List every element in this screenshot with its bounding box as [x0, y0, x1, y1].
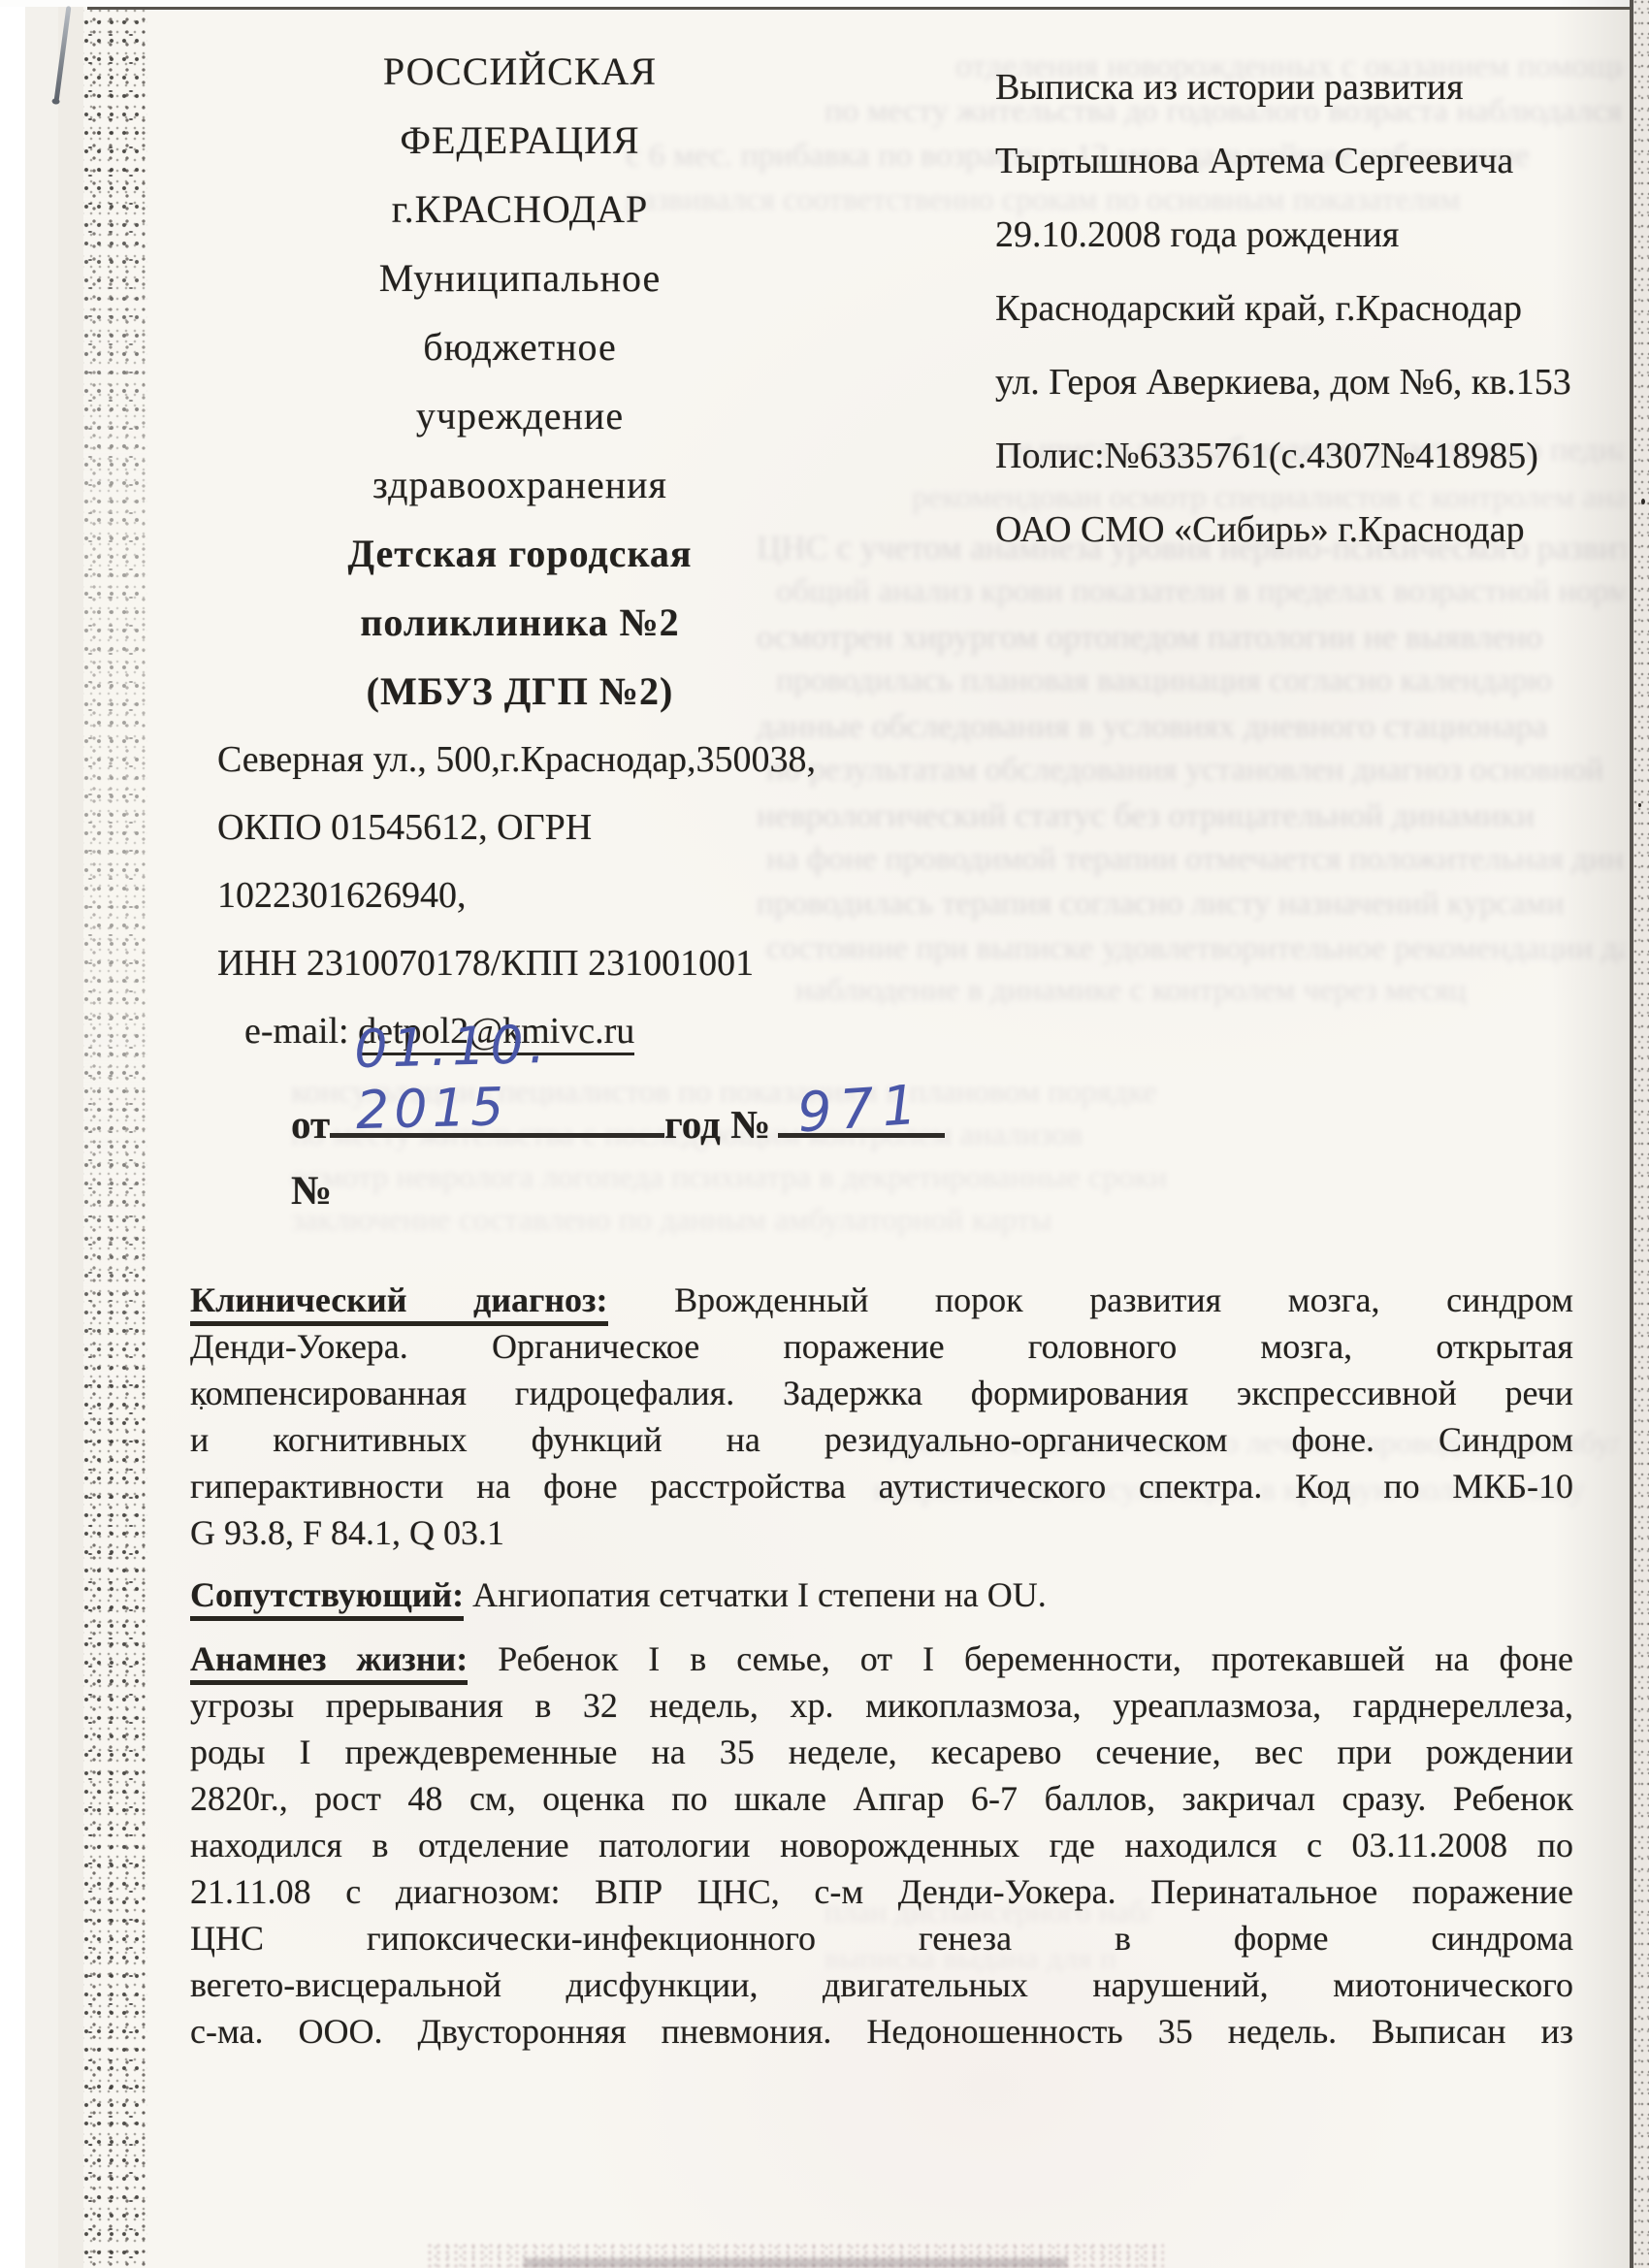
- scan-top-margin: [0, 0, 1649, 7]
- diagnosis-line: компенсированная гидроцефалия. Задержка …: [190, 1370, 1573, 1416]
- letterhead: РОССИЙСКАЯ ФЕДЕРАЦИЯ г.КРАСНОДАР Муницип…: [190, 37, 1573, 1065]
- scanned-document-page: отделения новорожденных с оказанием помо…: [0, 0, 1649, 2268]
- scan-left-margin: [0, 0, 83, 2268]
- number-blank-line: 971: [778, 1083, 945, 1138]
- concomitant-text: Ангиопатия сетчатки I степени на OU.: [472, 1575, 1047, 1614]
- document-content: РОССИЙСКАЯ ФЕДЕРАЦИЯ г.КРАСНОДАР Муницип…: [190, 37, 1573, 2055]
- issuer-line: учреждение: [190, 381, 850, 450]
- issuer-line: Муниципальное: [190, 243, 850, 312]
- anamnesis-line: угрозы прерывания в 32 недель, хр. микоп…: [190, 1682, 1573, 1729]
- ink-speck: [1641, 499, 1645, 504]
- anamnesis-text: Ребенок I в семье, от I беременности, пр…: [498, 1639, 1573, 1678]
- anamnesis-line: Анамнез жизни: Ребенок I в семье, от I б…: [190, 1636, 1573, 1682]
- issuer-name-line: поликлиника №2: [190, 588, 850, 657]
- concomitant-paragraph: Сопутствующий: Ангиопатия сетчатки I сте…: [190, 1571, 1573, 1618]
- issuer-line: здравоохранения: [190, 450, 850, 519]
- issuer-line: ФЕДЕРАЦИЯ: [190, 106, 850, 175]
- patient-insurer: ОАО СМО «Сибирь» г.Краснодар: [995, 493, 1573, 567]
- anamnesis-line: находился в отделение патологии новорожд…: [190, 1822, 1573, 1868]
- reference-row: от01.10. 2015год №971: [291, 1083, 1573, 1166]
- issuer-block: РОССИЙСКАЯ ФЕДЕРАЦИЯ г.КРАСНОДАР Муницип…: [190, 37, 850, 1065]
- handwritten-number: 971: [795, 1074, 926, 1146]
- patient-region: Краснодарский край, г.Краснодар: [995, 272, 1573, 345]
- anamnesis-paragraph: Анамнез жизни: Ребенок I в семье, от I б…: [190, 1636, 1573, 2055]
- issuer-line: РОССИЙСКАЯ: [190, 37, 850, 106]
- torn-edge-artifact: [83, 0, 147, 2268]
- right-edge-shadow: [1552, 0, 1630, 2268]
- scan-right-strip: [1633, 0, 1649, 2268]
- handwritten-date: 01.10. 2015: [354, 1011, 666, 1141]
- diagnosis-line: Клинический диагноз: Врожденный порок ра…: [190, 1277, 1573, 1323]
- diagnosis-line: гиперактивности на фоне расстройства аут…: [190, 1463, 1573, 1509]
- patient-block: Выписка из истории развития Тыртышнова А…: [995, 37, 1573, 1065]
- anamnesis-line: вегето-висцеральной дисфункции, двигател…: [190, 1961, 1573, 2008]
- issuer-inn-line: ИНН 2310070178/КПП 231001001: [190, 929, 850, 997]
- clinical-diagnosis-heading: Клинический диагноз:: [190, 1280, 608, 1326]
- anamnesis-line: ЦНС гипоксически-инфекционного генеза в …: [190, 1915, 1573, 1961]
- anamnesis-heading: Анамнез жизни:: [190, 1639, 468, 1685]
- concomitant-heading: Сопутствующий:: [190, 1575, 464, 1621]
- ink-speck: [1638, 803, 1641, 807]
- document-title: Выписка из истории развития: [995, 50, 1573, 124]
- date-blank-line: 01.10. 2015: [330, 1083, 664, 1138]
- anamnesis-line: 21.11.08 с диагнозом: ВПР ЦНС, с-м Денди…: [190, 1868, 1573, 1915]
- issuer-abbr-line: (МБУЗ ДГП №2): [190, 657, 850, 726]
- page-top-edge-line: [87, 7, 1633, 10]
- issuer-line: г.КРАСНОДАР: [190, 175, 850, 243]
- anamnesis-line: роды I преждевременные на 35 неделе, кес…: [190, 1729, 1573, 1775]
- diagnosis-text: Врожденный порок развития мозга, синдром: [674, 1280, 1573, 1319]
- issuer-name-line: Детская городская: [190, 519, 850, 588]
- diagnosis-line: и когнитивных функций на резидуально-орг…: [190, 1416, 1573, 1463]
- icd-codes-line: G 93.8, F 84.1, Q 03.1: [190, 1509, 1573, 1556]
- year-number-label: год №: [664, 1102, 770, 1147]
- number-sign: №: [291, 1168, 1573, 1215]
- concomitant-line: Сопутствующий: Ангиопатия сетчатки I сте…: [190, 1571, 1573, 1618]
- email-label: e-mail:: [244, 1011, 349, 1052]
- ink-speck: [200, 1407, 203, 1409]
- patient-policy: Полис:№6335761(с.4307№418985): [995, 419, 1573, 493]
- issuer-address-line: Северная ул., 500,г.Краснодар,350038,: [190, 726, 850, 794]
- clinical-diagnosis-paragraph: Клинический диагноз: Врожденный порок ра…: [190, 1277, 1573, 1556]
- patient-address: ул. Героя Аверкиева, дом №6, кв.153: [995, 345, 1573, 419]
- patient-birthdate: 29.10.2008 года рождения: [995, 198, 1573, 272]
- from-label: от: [291, 1102, 330, 1147]
- diagnosis-line: Денди-Уокера. Органическое поражение гол…: [190, 1323, 1573, 1370]
- issuer-line: бюджетное: [190, 312, 850, 381]
- patient-name: Тыртышнова Артема Сергеевича: [995, 124, 1573, 198]
- anamnesis-line: с-ма. ООО. Двусторонняя пневмония. Недон…: [190, 2008, 1573, 2055]
- bottom-smudge: [524, 2258, 1067, 2268]
- issuer-registry-line: ОКПО 01545612, ОГРН 1022301626940,: [190, 794, 850, 929]
- anamnesis-line: 2820г., рост 48 см, оценка по шкале Апга…: [190, 1775, 1573, 1822]
